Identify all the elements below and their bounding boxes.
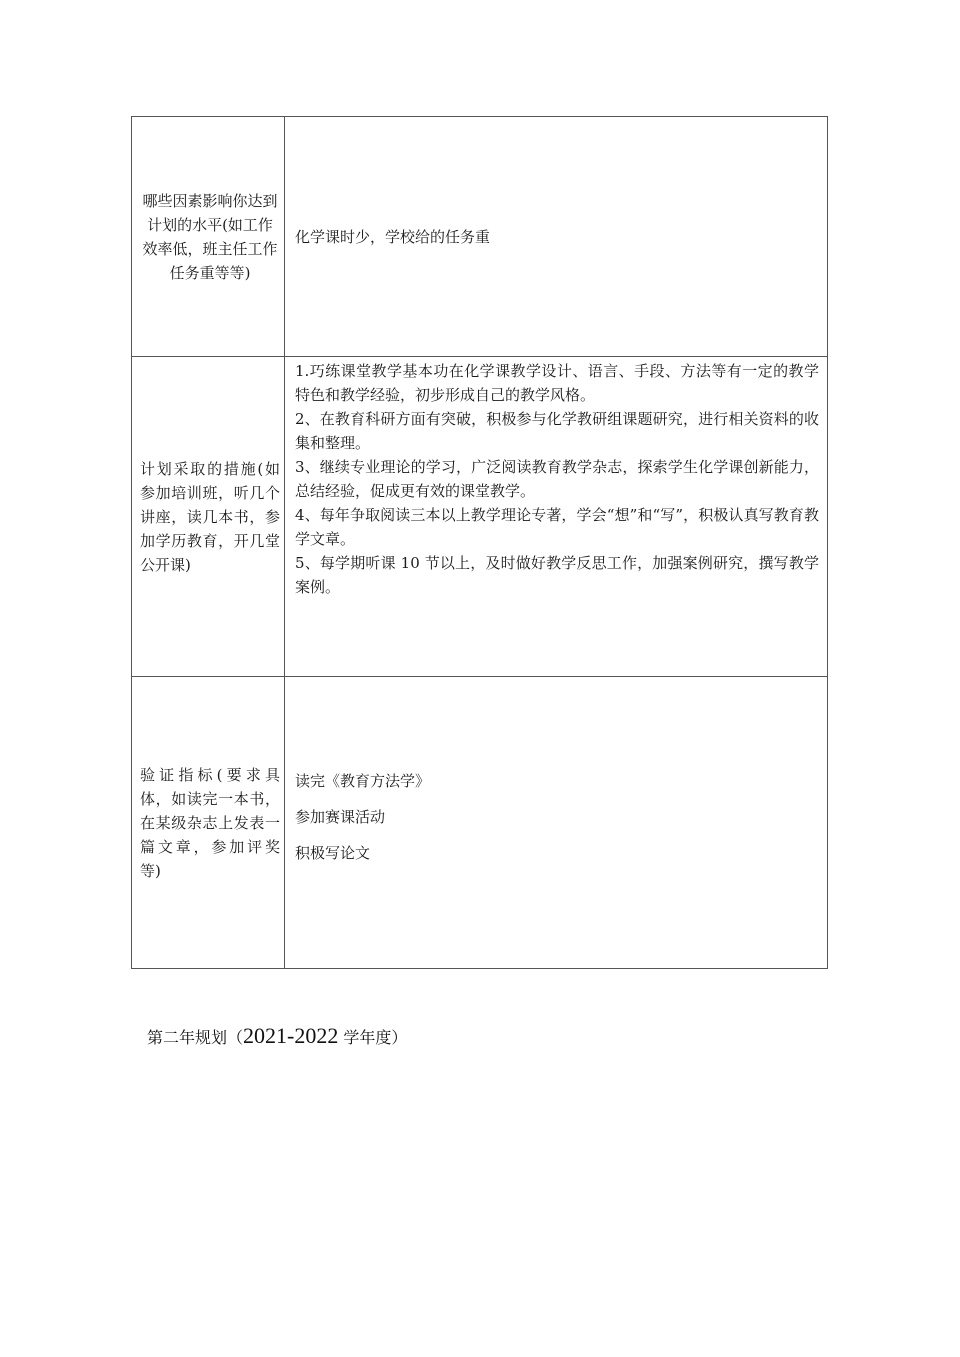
indicator-item: 读完《教育方法学》 (295, 769, 819, 793)
indicators-content: 读完《教育方法学》 参加赛课活动 积极写论文 (285, 677, 828, 969)
indicator-item: 参加赛课活动 (295, 805, 819, 829)
section-heading: 第二年规划（2021-2022 学年度） (147, 1023, 407, 1049)
section-heading-year: 2021-2022 (243, 1023, 338, 1048)
measure-item: 2、在教育科研方面有突破，积极参与化学教研组课题研究，进行相关资料的收集和整理。 (295, 407, 819, 455)
measures-label: 计划采取的措施(如参加培训班，听几个讲座，读几本书，参加学历教育，开几堂公开课) (132, 357, 285, 677)
plan-table: 哪些因素影响你达到计划的水平(如工作效率低，班主任工作任务重等等) 化学课时少，… (131, 116, 828, 969)
measure-item: 4、每年争取阅读三本以上教学理论专著，学会“想”和“写”，积极认真写教育教学文章… (295, 503, 819, 551)
table-row-factors: 哪些因素影响你达到计划的水平(如工作效率低，班主任工作任务重等等) 化学课时少，… (132, 117, 828, 357)
section-heading-prefix: 第二年规划（ (147, 1028, 243, 1047)
indicators-label: 验证指标(要求具体，如读完一本书，在某级杂志上发表一篇文章，参加评奖等) (132, 677, 285, 969)
measure-item: 5、每学期听课 10 节以上，及时做好教学反思工作，加强案例研究，撰写教学案例。 (295, 551, 819, 599)
measures-content: 1.巧练课堂教学基本功在化学课教学设计、语言、手段、方法等有一定的教学特色和教学… (285, 357, 828, 677)
measure-item: 1.巧练课堂教学基本功在化学课教学设计、语言、手段、方法等有一定的教学特色和教学… (295, 359, 819, 407)
factors-label: 哪些因素影响你达到计划的水平(如工作效率低，班主任工作任务重等等) (132, 117, 285, 357)
table-row-measures: 计划采取的措施(如参加培训班，听几个讲座，读几本书，参加学历教育，开几堂公开课)… (132, 357, 828, 677)
factors-content: 化学课时少，学校给的任务重 (285, 117, 828, 357)
table-row-indicators: 验证指标(要求具体，如读完一本书，在某级杂志上发表一篇文章，参加评奖等) 读完《… (132, 677, 828, 969)
section-heading-suffix: 学年度） (338, 1028, 407, 1047)
indicator-item: 积极写论文 (295, 841, 819, 865)
measure-item: 3、继续专业理论的学习，广泛阅读教育教学杂志，探索学生化学课创新能力，总结经验，… (295, 455, 819, 503)
